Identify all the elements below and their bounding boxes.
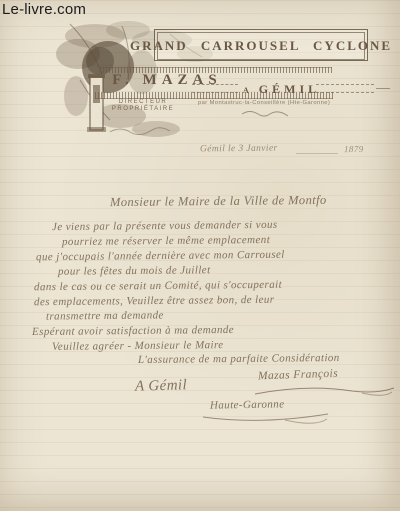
body-line: Je viens par la présente vous demander s… [52, 219, 278, 233]
salutation: Monsieur le Maire de la Ville de Montfo [110, 193, 327, 210]
date-rule [296, 153, 338, 154]
location-dash-tail [376, 88, 390, 89]
body-line: pourriez me réserver le même emplacement [62, 234, 270, 248]
role-line-2: PROPRIÉTAIRE [98, 106, 188, 113]
proprietor-roles: DIRECTEUR PROPRIÉTAIRE [98, 99, 188, 113]
divider-squiggle [240, 110, 290, 118]
body-line: transmettre ma demande [46, 309, 164, 322]
body-line: que j'occupais l'année dernière avec mon… [36, 249, 285, 264]
body-line: pour les fêtes du mois de Juillet [58, 264, 211, 278]
location-prefix: A [243, 86, 251, 95]
signature: Mazas François [258, 368, 338, 383]
banner-frame: GRAND CARROUSEL CYCLONE [157, 32, 365, 60]
body-line: L'assurance de ma parfaite Considération [138, 352, 340, 366]
watermark-text: Le-livre.com [2, 1, 86, 18]
place-line-2: Haute-Garonne [210, 398, 285, 411]
place-flourish [200, 411, 332, 427]
location-row: AGÉMIL [243, 80, 320, 98]
place-line-1: A Gémil [135, 377, 188, 395]
location-dashes-right [316, 84, 374, 93]
body-line: Espérant avoir satisfaction à ma demande [32, 324, 234, 338]
body-line: des emplacements, Veuillez être assez bo… [34, 294, 275, 309]
banner: GRAND CARROUSEL CYCLONE [154, 29, 368, 61]
signature-flourish [252, 383, 397, 399]
date-place: Gémil le 3 Janvier [200, 144, 278, 155]
location-name: GÉMIL [259, 82, 320, 96]
date-year: 1879 [344, 144, 364, 154]
role-line-1: DIRECTEUR [98, 99, 188, 106]
banner-title: GRAND CARROUSEL CYCLONE [130, 38, 392, 54]
letter-scan: Le-livre.com [0, 0, 400, 511]
body-line: dans le cas ou ce serait un Comité, qui … [34, 279, 282, 294]
body-line: Veuillez agréer - Monsieur le Maire [52, 339, 224, 353]
sub-location: par Montastruc-la-Conseillère (Hte-Garon… [198, 100, 328, 106]
location-dashes-left [192, 84, 238, 93]
